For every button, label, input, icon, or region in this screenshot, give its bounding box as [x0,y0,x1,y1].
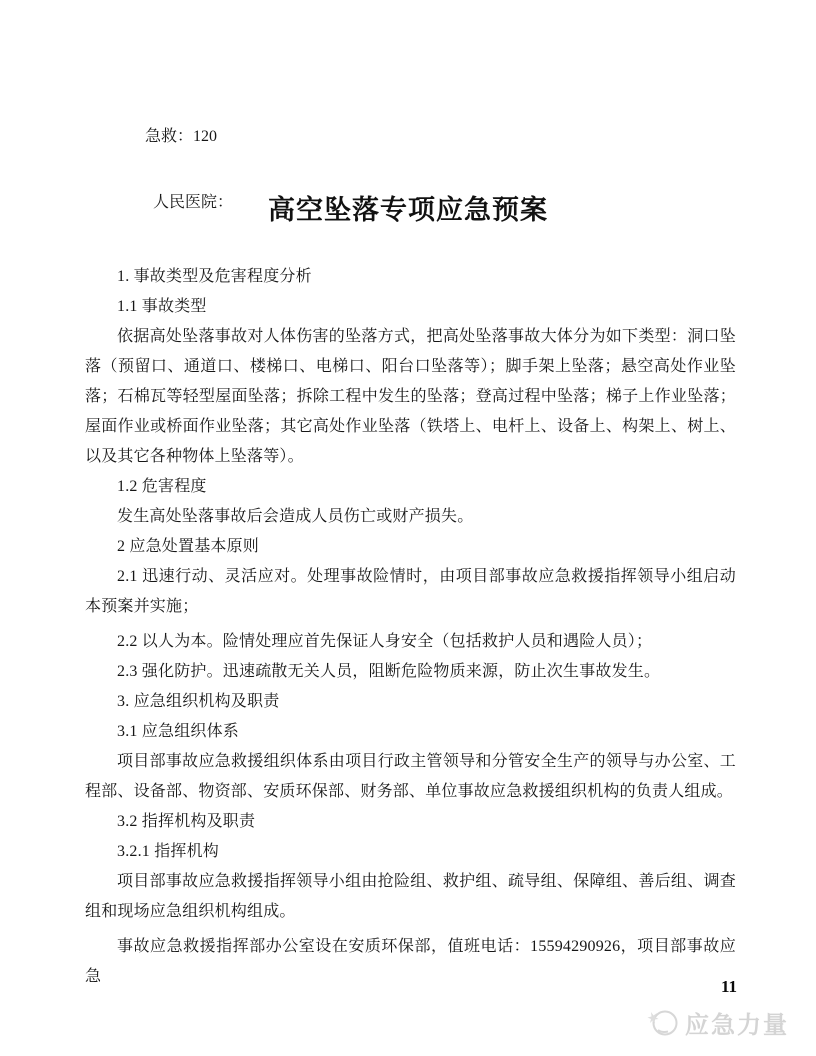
para-org-system: 项目部事故应急救援组织体系由项目行政主管领导和分管安全生产的领导与办公室、工程部… [85,747,736,807]
watermark: 应急力量 [644,1004,789,1040]
heading-3-2-1: 3.2.1 指挥机构 [85,837,736,867]
heading-3-1: 3.1 应急组织体系 [85,717,736,747]
emergency-phone-line: 急救：120 [145,126,233,148]
heading-1-2: 1.2 危害程度 [85,472,736,502]
para-principle-2-3: 2.3 强化防护。迅速疏散无关人员，阻断危险物质来源，防止次生事故发生。 [85,657,736,687]
page-number: 11 [721,977,737,997]
watermark-text: 应急力量 [685,1005,789,1040]
para-office-phone: 事故应急救援指挥部办公室设在安质环保部，值班电话：15594290926，项目部… [85,932,736,992]
document-page: 急救：120 人民医院： 高空坠落专项应急预案 1. 事故类型及危害程度分析 1… [0,0,816,1056]
heading-3: 3. 应急组织机构及职责 [85,687,736,717]
para-fall-types: 依据高处坠落事故对人体伤害的坠落方式，把高处坠落事故大体分为如下类型：洞口坠落（… [85,322,736,472]
emergency-power-logo-icon [644,1004,680,1040]
para-principle-2-2: 2.2 以人为本。险情处理应首先保证人身安全（包括救护人员和遇险人员）； [85,627,736,657]
heading-1-1: 1.1 事故类型 [85,292,736,322]
heading-3-2: 3.2 指挥机构及职责 [85,807,736,837]
para-command-group: 项目部事故应急救援指挥领导小组由抢险组、救护组、疏导组、保障组、善后组、调查组和… [85,867,736,927]
document-title: 高空坠落专项应急预案 [0,188,816,227]
heading-2: 2 应急处置基本原则 [85,532,736,562]
document-body: 1. 事故类型及危害程度分析 1.1 事故类型 依据高处坠落事故对人体伤害的坠落… [85,262,736,992]
heading-1: 1. 事故类型及危害程度分析 [85,262,736,292]
para-harm-degree: 发生高处坠落事故后会造成人员伤亡或财产损失。 [85,502,736,532]
para-principle-2-1: 2.1 迅速行动、灵活应对。处理事故险情时，由项目部事故应急救援指挥领导小组启动… [85,562,736,622]
contact-block: 急救：120 人民医院： [145,82,233,258]
